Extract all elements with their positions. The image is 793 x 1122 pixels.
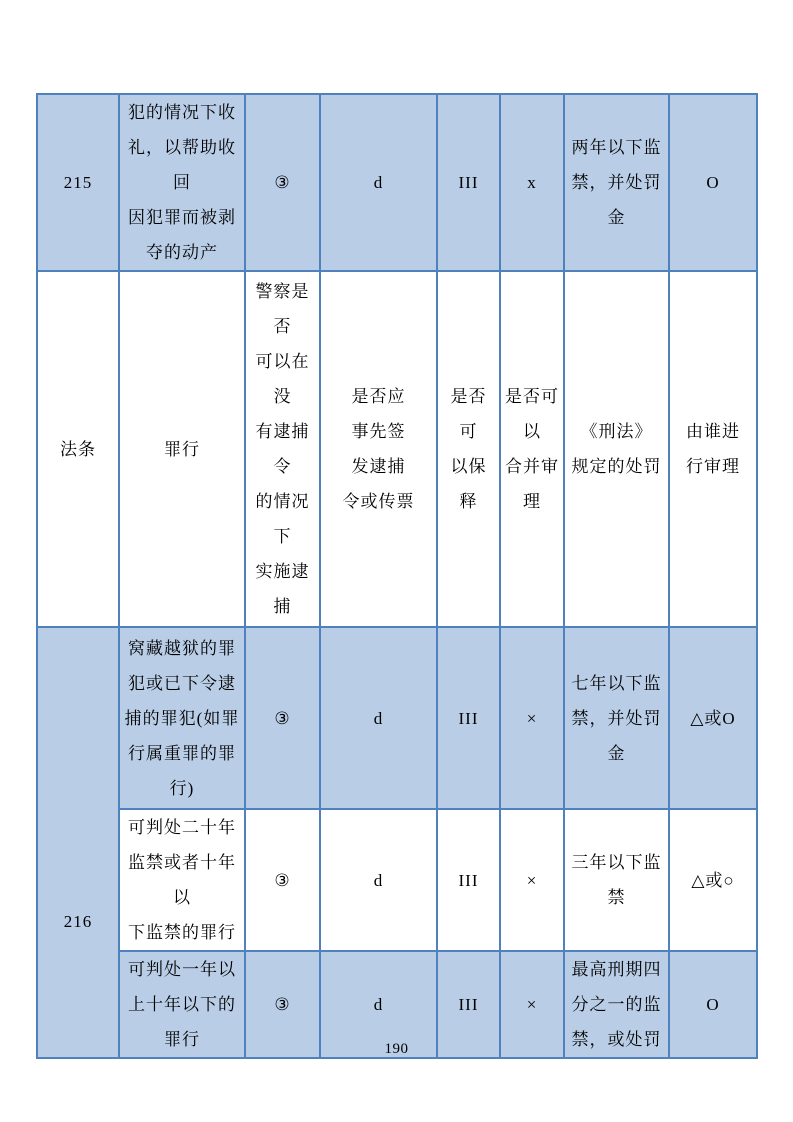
punishment-cell: 两年以下监 禁，并处罚金: [564, 94, 669, 271]
warrant-or-summons-cell: d: [320, 627, 437, 809]
warrantless-arrest-cell: ③: [245, 627, 320, 809]
punishment-cell: 三年以下监 禁: [564, 809, 669, 951]
joint-trial-cell: ×: [500, 809, 564, 951]
bail-cell: III: [437, 809, 500, 951]
law-article-cell: 215: [37, 94, 119, 271]
crime-cell: 犯的情况下收 礼，以帮助收回 因犯罪而被剥 夺的动产: [119, 94, 245, 271]
header-statutory-punishment: 《刑法》 规定的处罚: [564, 271, 669, 627]
bail-cell: III: [437, 94, 500, 271]
punishment-cell: 七年以下监 禁，并处罚金: [564, 627, 669, 809]
law-article-label: 216: [38, 904, 118, 939]
page-number: 190: [0, 1041, 793, 1058]
header-joint-trial: 是否可 以 合并审 理: [500, 271, 564, 627]
header-bail: 是否 可 以保 释: [437, 271, 500, 627]
crime-cell: 可判处二十年 监禁或者十年以 下监禁的罪行: [119, 809, 245, 951]
table-row: 215 犯的情况下收 礼，以帮助收回 因犯罪而被剥 夺的动产 ③ d III x…: [37, 94, 757, 271]
joint-trial-cell: ×: [500, 627, 564, 809]
header-crime: 罪行: [119, 271, 245, 627]
criminal-law-table: 215 犯的情况下收 礼，以帮助收回 因犯罪而被剥 夺的动产 ③ d III x…: [36, 93, 758, 1059]
document-page: 215 犯的情况下收 礼，以帮助收回 因犯罪而被剥 夺的动产 ③ d III x…: [0, 0, 793, 1122]
tried-by-cell: △或○: [669, 809, 757, 951]
header-warrant-or-summons: 是否应 事先签 发逮捕 令或传票: [320, 271, 437, 627]
crime-cell: 窝藏越狱的罪 犯或已下令逮 捕的罪犯(如罪 行属重罪的罪 行): [119, 627, 245, 809]
bail-cell: III: [437, 627, 500, 809]
table-row: 可判处二十年 监禁或者十年以 下监禁的罪行 ③ d III × 三年以下监 禁 …: [37, 809, 757, 951]
warrantless-arrest-cell: ③: [245, 809, 320, 951]
warrant-or-summons-cell: d: [320, 94, 437, 271]
warrant-or-summons-cell: d: [320, 809, 437, 951]
header-tried-by: 由谁进 行审理: [669, 271, 757, 627]
tried-by-cell: △或O: [669, 627, 757, 809]
tried-by-cell: O: [669, 94, 757, 271]
header-law-article: 法条: [37, 271, 119, 627]
table-header-row: 法条 罪行 警察是 否 可以在 没 有逮捕 令 的情况 下 实施逮 捕 是否应 …: [37, 271, 757, 627]
joint-trial-cell: x: [500, 94, 564, 271]
header-warrantless-arrest: 警察是 否 可以在 没 有逮捕 令 的情况 下 实施逮 捕: [245, 271, 320, 627]
table-row: 216 窝藏越狱的罪 犯或已下令逮 捕的罪犯(如罪 行属重罪的罪 行) ③ d …: [37, 627, 757, 809]
law-article-cell: 216: [37, 627, 119, 1058]
warrantless-arrest-cell: ③: [245, 94, 320, 271]
